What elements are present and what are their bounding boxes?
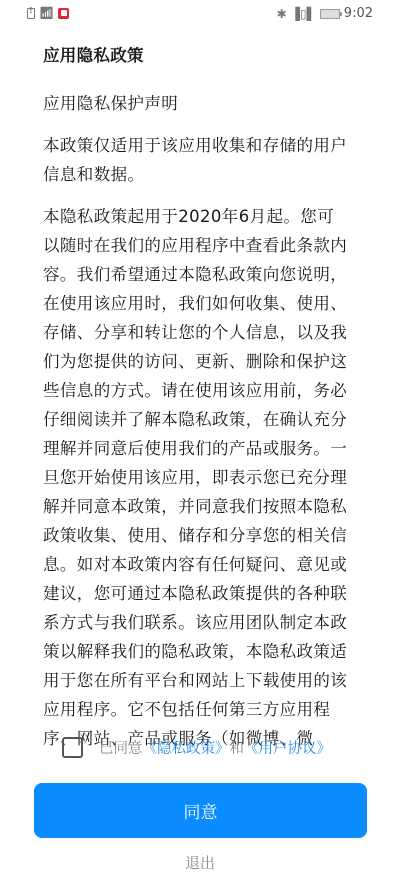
page-title: 应用隐私政策 <box>43 44 348 68</box>
clock: 9:02 <box>344 6 373 21</box>
user-agreement-link[interactable]: 《用户协议》 <box>244 737 331 758</box>
status-left: 📶︎ <box>27 6 69 20</box>
consent-prefix: 已同意 <box>99 737 143 758</box>
status-right: ✱ ▐▯▌ 9:02 <box>277 6 373 21</box>
app-notification-icon <box>58 8 69 19</box>
policy-paragraph: 本政策仅适用于该应用收集和存储的用户信息和数据。 <box>43 131 348 189</box>
policy-subtitle: 应用隐私保护声明 <box>43 89 348 118</box>
privacy-policy-link[interactable]: 《隐私政策》 <box>143 737 230 758</box>
battery-charging-icon <box>320 9 340 19</box>
consent-checkbox[interactable] <box>62 737 83 758</box>
status-bar: 📶︎ ✱ ▐▯▌ 9:02 <box>0 0 400 30</box>
wifi-icon: 📶︎ <box>39 6 54 20</box>
consent-conjunction: 和 <box>230 737 245 758</box>
consent-row: 已同意 《隐私政策》 和 《用户协议》 <box>62 737 331 758</box>
sim-alert-icon <box>27 8 35 19</box>
policy-paragraph: 本隐私政策起用于2020年6月起。您可以随时在我们的应用程序中查看此条款内容。我… <box>43 202 348 753</box>
policy-content[interactable]: 应用隐私政策 应用隐私保护声明 本政策仅适用于该应用收集和存储的用户信息和数据。… <box>43 44 348 766</box>
vibrate-icon: ▐▯▌ <box>291 7 316 21</box>
bluetooth-icon: ✱ <box>277 7 287 21</box>
exit-button[interactable]: 退出 <box>0 852 400 873</box>
agree-button[interactable]: 同意 <box>34 783 367 838</box>
